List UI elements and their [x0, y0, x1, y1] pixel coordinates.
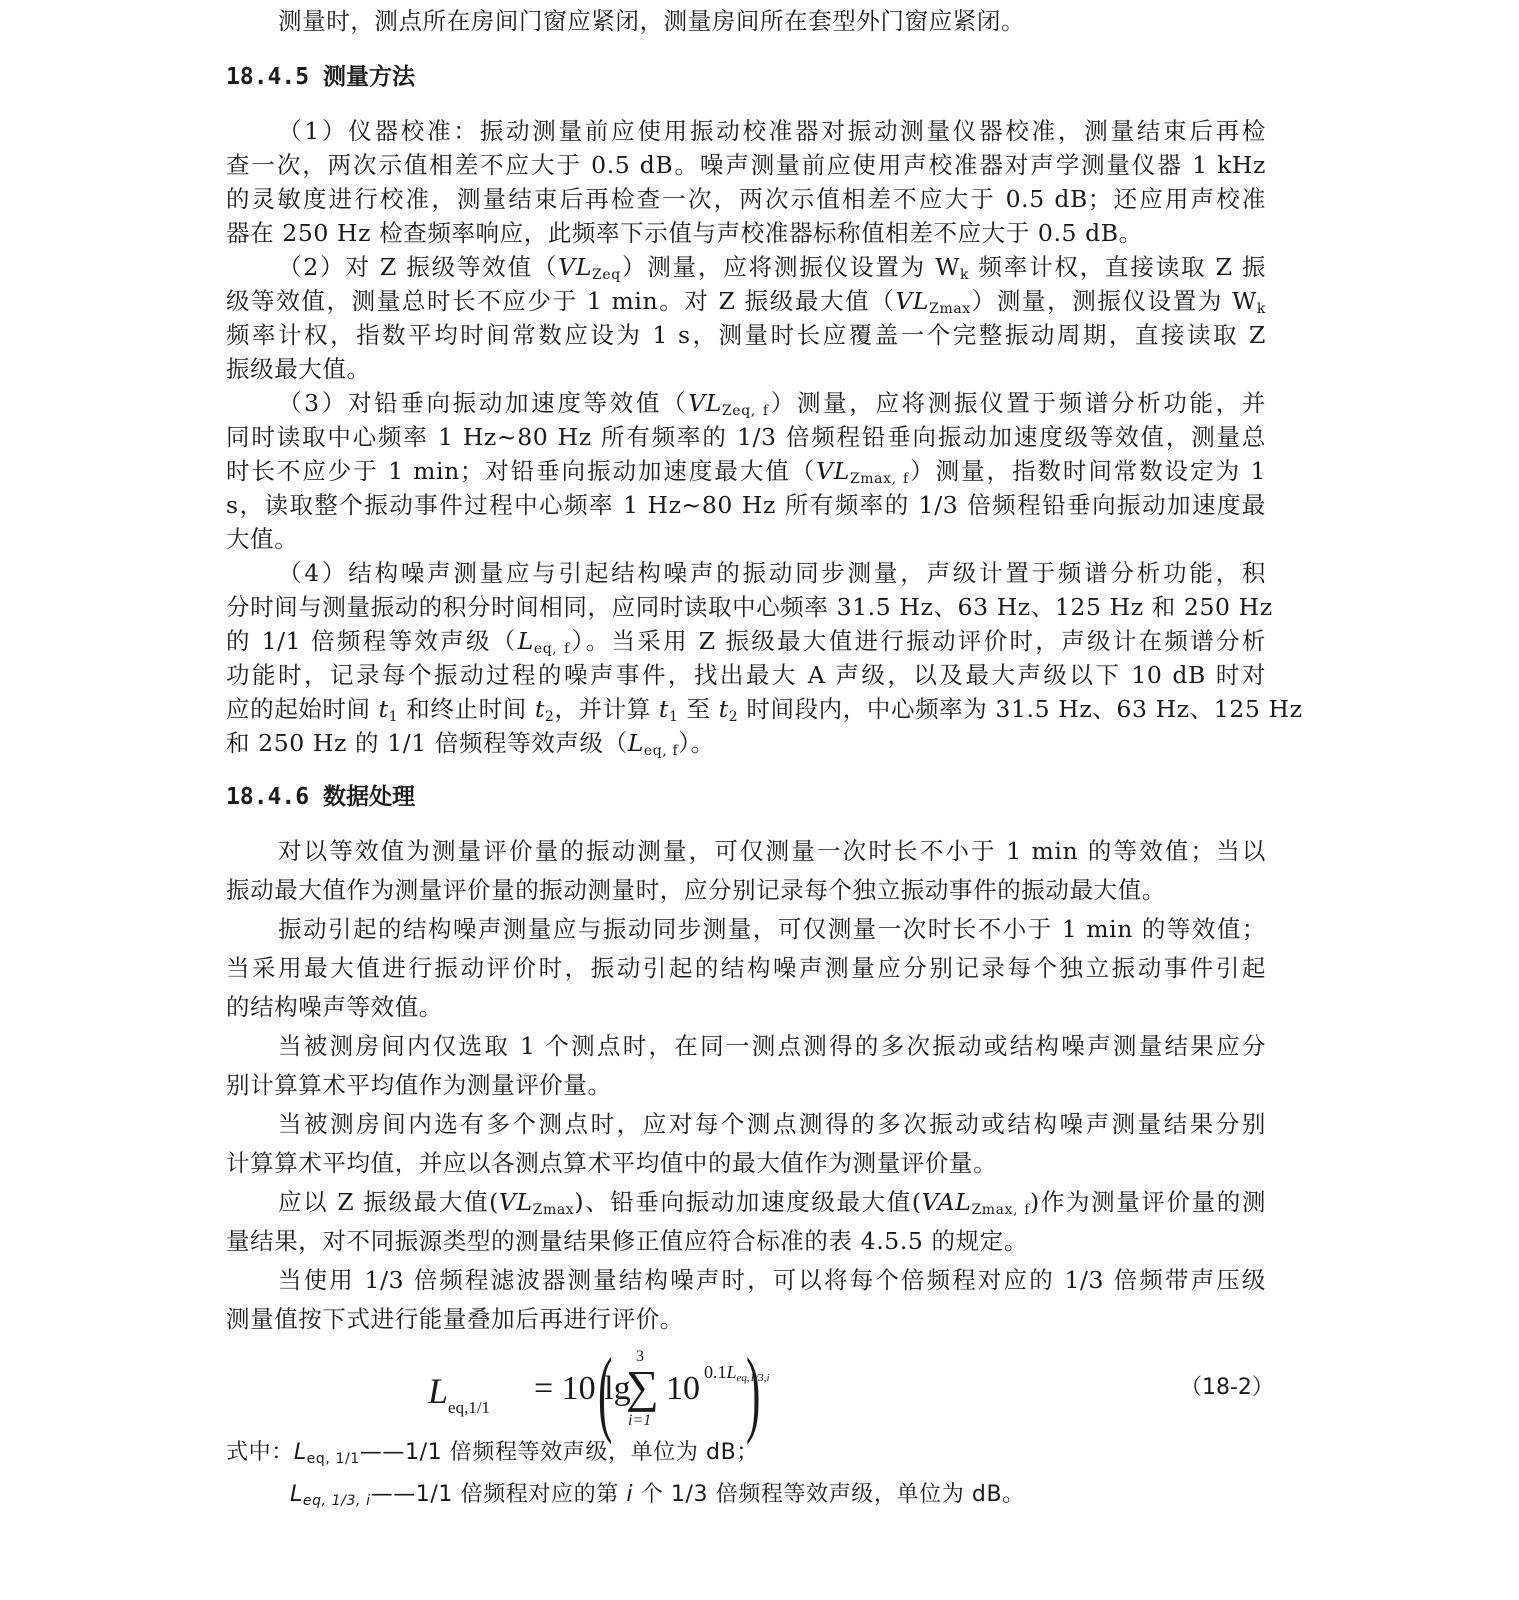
subscript: Zeq, f — [722, 403, 769, 419]
text-segment: （2）对 Z 振级等效值（ — [278, 253, 558, 281]
text-segment: 时间段内，中心频率为 31.5 Hz、63 Hz、125 Hz — [738, 695, 1302, 723]
formula-equals-log: = 10 lg — [534, 1370, 631, 1408]
text-segment: 级等效值，测量总时长不应少于 1 min。对 Z 振级最大值（ — [226, 287, 895, 315]
text-segment: )作为测量评价量的测 — [1030, 1188, 1266, 1216]
para-4-line-2: 计算算术平均值，并应以各测点算术平均值中的最大值作为测量评价量。 — [226, 1146, 997, 1180]
item-1-line-1: （1）仪器校准：振动测量前应使用振动校准器对振动测量仪器校准，测量结束后再检 — [278, 114, 1266, 148]
para-5-line-2: 量结果，对不同振源类型的测量结果修正值应符合标准的表 4.5.5 的规定。 — [226, 1224, 1028, 1258]
sum-lower-limit: i=1 — [628, 1412, 651, 1430]
item-3-line-3: 时长不应少于 1 min；对铅垂向振动加速度最大值（VLZmax, f）测量，指… — [226, 454, 1266, 488]
left-paren-icon: ( — [598, 1344, 612, 1440]
item-3-line-2: 同时读取中心频率 1 Hz~80 Hz 所有频率的 1/3 倍频程铅垂向振动加速… — [226, 420, 1266, 454]
para-1-line-1: 对以等效值为测量评价量的振动测量，可仅测量一次时长不小于 1 min 的等效值；… — [278, 834, 1266, 868]
formula-base: 10 — [666, 1370, 700, 1408]
equation-number: （18-2） — [1180, 1370, 1274, 1401]
subscript: Zmax — [929, 301, 971, 317]
right-paren-icon: ) — [746, 1344, 760, 1440]
subscript: Zeq — [592, 267, 621, 283]
subscript: k — [960, 267, 969, 283]
text-segment: ）测量，应将测振仪置于频谱分析功能，并 — [769, 389, 1266, 417]
subscript: eq, f — [644, 743, 678, 759]
definition-text: 个 1/3 倍频程等效声级，单位为 dB。 — [633, 1482, 1025, 1507]
text-segment: 至 — [678, 695, 718, 723]
subscript: 2 — [545, 709, 555, 725]
para-6-line-1: 当使用 1/3 倍频程滤波器测量结构噪声时，可以将每个倍频程对应的 1/3 倍频… — [278, 1263, 1266, 1297]
text-segment: ）测量，测振仪设置为 W — [971, 287, 1257, 315]
section-number: 18.4.5 — [226, 64, 309, 90]
subscript: k — [1257, 301, 1266, 317]
definition-1: 式中：Leq, 1/1——1/1 倍频程等效声级，单位为 dB； — [226, 1436, 759, 1470]
para-2-line-3: 的结构噪声等效值。 — [226, 990, 443, 1024]
text-segment: （3）对铅垂向振动加速度等效值（ — [278, 389, 688, 417]
sigma-icon: ∑ — [626, 1364, 659, 1410]
para-2-line-1: 振动引起的结构噪声测量应与振动同步测量，可仅测量一次时长不小于 1 min 的等… — [278, 912, 1266, 946]
item-3-line-4: s，读取整个振动事件过程中心频率 1 Hz~80 Hz 所有频率的 1/3 倍频… — [226, 488, 1266, 522]
item-2-line-2: 级等效值，测量总时长不应少于 1 min。对 Z 振级最大值（VLZmax）测量… — [226, 284, 1266, 318]
symbol-t: t — [535, 695, 545, 723]
para-5-line-1: 应以 Z 振级最大值(VLZmax)、铅垂向振动加速度级最大值(VALZmax,… — [278, 1185, 1266, 1219]
symbol-t: t — [719, 695, 729, 723]
text-segment: 的 1/1 倍频程等效声级（ — [226, 627, 518, 655]
exponent-coef: 0.1 — [704, 1362, 727, 1382]
subscript: 2 — [729, 709, 739, 725]
section-heading-18-4-6: 18.4.6 数据处理 — [226, 780, 415, 814]
formula-symbol: L — [428, 1371, 448, 1411]
item-4-line-2: 分时间与测量振动的积分时间相同，应同时读取中心频率 31.5 Hz、63 Hz、… — [226, 590, 1266, 624]
item-4-line-3: 的 1/1 倍频程等效声级（Leq, f）。当采用 Z 振级最大值进行振动评价时… — [226, 624, 1266, 658]
text-segment: ）测量，应将测振仪设置为 W — [621, 253, 960, 281]
item-2-line-3: 频率计权，指数平均时间常数应设为 1 s，测量时长应覆盖一个完整振动周期，直接读… — [226, 318, 1266, 352]
symbol-vl: VL — [558, 253, 592, 281]
text-segment: ）。 — [678, 729, 714, 757]
item-4-line-6: 和 250 Hz 的 1/1 倍频程等效声级（Leq, f）。 — [226, 726, 715, 760]
symbol-t: t — [659, 695, 669, 723]
item-2-line-1: （2）对 Z 振级等效值（VLZeq）测量，应将测振仪设置为 Wk 频率计权，直… — [278, 250, 1266, 284]
para-1-line-2: 振动最大值作为测量评价量的振动测量时，应分别记录每个独立振动事件的振动最大值。 — [226, 873, 1166, 907]
subscript: Zmax, f — [850, 471, 909, 487]
item-3-line-1: （3）对铅垂向振动加速度等效值（VLZeq, f）测量，应将测振仪置于频谱分析功… — [278, 386, 1266, 420]
definition-2: Leq, 1/3, i——1/1 倍频程对应的第 i 个 1/3 倍频程等效声级… — [290, 1478, 1025, 1512]
definition-text: ——1/1 倍频程对应的第 — [371, 1482, 627, 1507]
subscript: Zmax, f — [971, 1202, 1030, 1218]
formula-subscript: eq,1/1 — [448, 1398, 490, 1417]
item-4-line-5: 应的起始时间 t1 和终止时间 t2，并计算 t1 至 t2 时间段内，中心频率… — [226, 692, 1266, 726]
text-segment: ）。当采用 Z 振级最大值进行振动评价时，声级计在频谱分析 — [570, 627, 1266, 655]
para-6-line-2: 测量值按下式进行能量叠加后再进行评价。 — [226, 1302, 684, 1336]
text-segment: 应的起始时间 — [226, 695, 379, 723]
subscript: eq, 1/1 — [307, 1451, 360, 1467]
symbol-vl: VL — [688, 389, 722, 417]
symbol-vl: VL — [816, 457, 850, 485]
symbol-val: VAL — [922, 1188, 972, 1216]
text-segment: 和 250 Hz 的 1/1 倍频程等效声级（ — [226, 729, 628, 757]
text-segment: ）测量，指数时间常数设定为 1 — [909, 457, 1266, 485]
subscript: eq, 1/3, i — [303, 1493, 371, 1509]
section-title: 数据处理 — [323, 784, 415, 810]
definition-text: ——1/1 倍频程等效声级，单位为 dB； — [360, 1440, 759, 1465]
subscript: eq, f — [534, 641, 570, 657]
formula-lhs: Leq,1/1 — [428, 1370, 490, 1412]
para-3-line-2: 别计算算术平均值作为测量评价量。 — [226, 1068, 612, 1102]
item-4-line-1: （4）结构噪声测量应与引起结构噪声的振动同步测量，声级计置于频谱分析功能，积 — [278, 556, 1266, 590]
subscript: Zmax — [533, 1202, 575, 1218]
symbol-vl: VL — [895, 287, 929, 315]
text-segment: 频率计权，直接读取 Z 振 — [969, 253, 1266, 281]
exponent-symbol: L — [727, 1362, 737, 1382]
para-3-line-1: 当被测房间内仅选取 1 个测点时，在同一测点测得的多次振动或结构噪声测量结果应分 — [278, 1029, 1266, 1063]
item-2-line-4: 振级最大值。 — [226, 352, 371, 386]
subscript: 1 — [389, 709, 399, 725]
text-segment: 和终止时间 — [398, 695, 535, 723]
text-segment: )、铅垂向振动加速度级最大值( — [574, 1188, 921, 1216]
section-title: 测量方法 — [323, 64, 415, 90]
item-1-line-3: 的灵敏度进行校准，测量结束后再检查一次，两次示值相差不应大于 0.5 dB；还应… — [226, 182, 1266, 216]
symbol-l: L — [518, 627, 534, 655]
para-4-line-1: 当被测房间内选有多个测点时，应对每个测点测得的多次振动或结构噪声测量结果分别 — [278, 1107, 1266, 1141]
symbol-t: t — [379, 695, 389, 723]
item-4-line-4: 功能时，记录每个振动过程的噪声事件，找出最大 A 声级，以及最大声级以下 10 … — [226, 658, 1266, 692]
symbol-l: L — [628, 729, 644, 757]
item-1-line-4: 器在 250 Hz 检查频率响应，此频率下示值与声校准器标称值相差不应大于 0.… — [226, 216, 1143, 250]
text-segment: 应以 Z 振级最大值( — [278, 1188, 499, 1216]
section-heading-18-4-5: 18.4.5 测量方法 — [226, 60, 415, 94]
intro-paragraph: 测量时，测点所在房间门窗应紧闭，测量房间所在套型外门窗应紧闭。 — [278, 4, 1025, 38]
symbol-l: L — [294, 1440, 307, 1465]
where-prefix: 式中： — [226, 1440, 294, 1465]
text-segment: 时长不应少于 1 min；对铅垂向振动加速度最大值（ — [226, 457, 816, 485]
symbol-l: L — [290, 1482, 303, 1507]
para-2-line-2: 当采用最大值进行振动评价时，振动引起的结构噪声测量应分别记录每个独立振动事件引起 — [226, 951, 1266, 985]
item-1-line-2: 查一次，两次示值相差不应大于 0.5 dB。噪声测量前应使用声校准器对声学测量仪… — [226, 148, 1266, 182]
section-number: 18.4.6 — [226, 784, 309, 810]
text-segment: ，并计算 — [554, 695, 658, 723]
item-3-line-5: 大值。 — [226, 522, 298, 556]
symbol-vl: VL — [499, 1188, 533, 1216]
